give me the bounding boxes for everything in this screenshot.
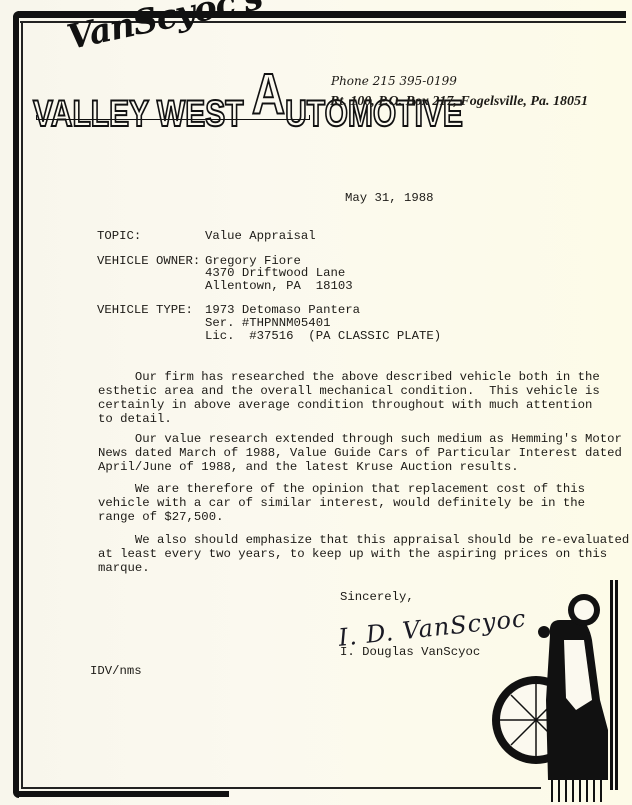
logo-name-part1: VALLEY WEST	[33, 93, 252, 134]
body-paragraph: We are therefore of the opinion that rep…	[98, 482, 568, 524]
logo-underline	[36, 115, 310, 120]
vehicle-type-label: VEHICLE TYPE:	[97, 303, 193, 317]
border-left	[13, 11, 19, 798]
topic-value: Value Appraisal	[205, 229, 316, 243]
body-paragraph: Our value research extended through such…	[98, 432, 568, 474]
body-paragraph: We also should emphasize that this appra…	[98, 533, 568, 575]
border-bottom-inner	[21, 787, 541, 789]
phone-number: Phone 215 395-0199	[331, 74, 457, 88]
body-paragraph: Our firm has researched the above descri…	[98, 370, 568, 426]
reference-initials: IDV/nms	[90, 664, 142, 678]
logo-script-text: VanScyoc's	[64, 0, 266, 58]
border-bottom	[13, 791, 229, 797]
company-address: Rt. 100, P.O. Box 217, Fogelsville, Pa. …	[330, 94, 588, 110]
vehicle-license: Lic. #37516 (PA CLASSIC PLATE)	[205, 329, 441, 343]
vehicle-serial: Ser. #THPNNM05401	[205, 316, 330, 330]
letter-date: May 31, 1988	[345, 191, 434, 205]
border-left-inner	[21, 21, 23, 789]
vintage-car-illustration-icon	[488, 580, 632, 805]
topic-label: TOPIC:	[97, 229, 141, 243]
letter-page: VanScyoc's VALLEY WEST AUTOMOTIVE Phone …	[0, 0, 632, 805]
owner-street: 4370 Driftwood Lane	[205, 266, 345, 280]
signer-name: I. Douglas VanScyoc	[340, 645, 480, 659]
owner-label: VEHICLE OWNER:	[97, 254, 200, 268]
owner-city: Allentown, PA 18103	[205, 279, 353, 293]
closing: Sincerely,	[340, 590, 414, 604]
vehicle-model: 1973 Detomaso Pantera	[205, 303, 360, 317]
